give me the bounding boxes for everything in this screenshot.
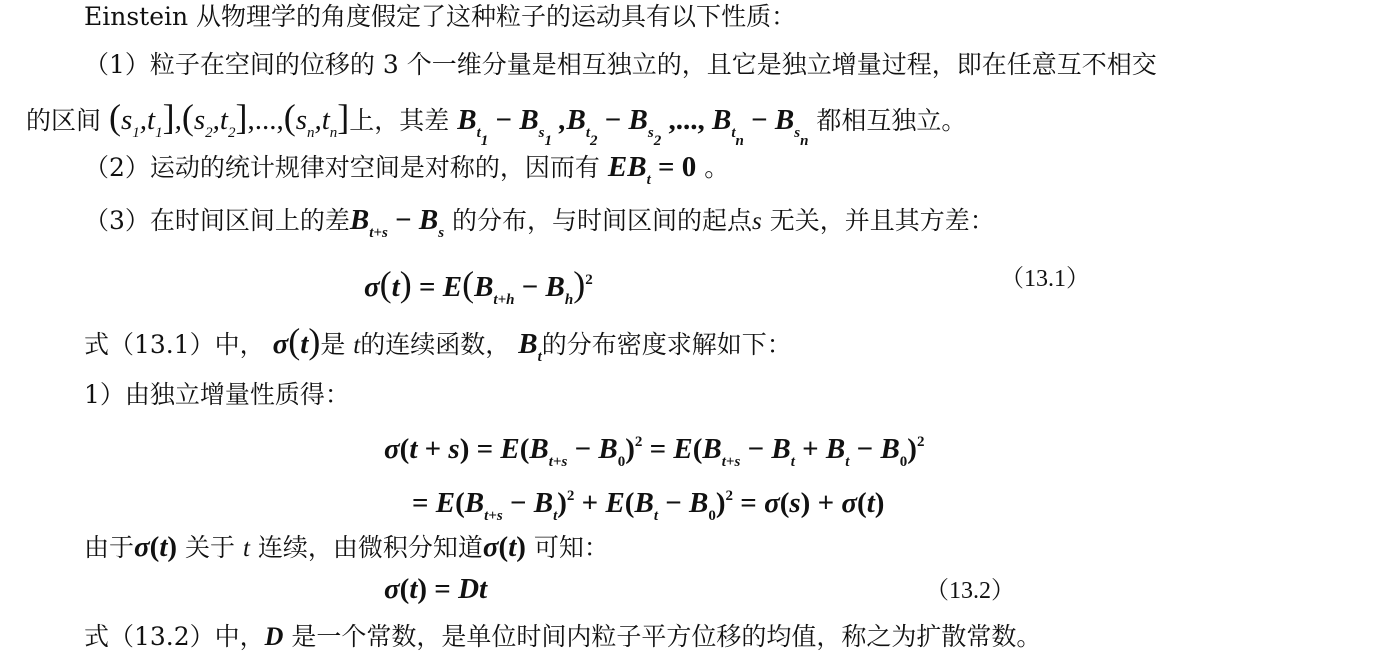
intro-paragraph: Einstein 从物理学的角度假定了这种粒子的运动具有以下性质： <box>84 0 796 34</box>
p5-text-a: 由于 <box>84 533 134 562</box>
property-2-text: 运动的统计规律对空间是对称的，因而有 <box>150 153 600 182</box>
p5-text-d: 可知： <box>534 533 609 562</box>
property-1-line-1: （1）粒子在空间的位移的 3 个一维分量是相互独立的，且它是独立增量过程，即在任… <box>84 48 1157 82</box>
variance-formula: σ(t) = E(Bt+h − Bh)2 <box>364 271 593 303</box>
property-1-label: （1） <box>84 50 150 79</box>
ref-13-2-text: 式（13.2）中， <box>84 622 265 651</box>
property-3: （3）在时间区间上的差Bt+s − Bs 的分布，与时间区间的起点s 无关，并且… <box>84 203 995 250</box>
property-2-label: （2） <box>84 153 150 182</box>
derivation-formula-2: = E(Bt+s − Bt)2 + E(Bt − B0)2 = σ(s) + σ… <box>412 487 884 519</box>
intervals-prefix: 的区间 <box>26 106 101 135</box>
p4-text-d: 的分布密度求解如下： <box>542 330 792 359</box>
equation-13-2: σ(t) = Dt <box>384 572 487 607</box>
equation-number-13-1: （13.1） <box>1000 262 1090 296</box>
property-3-text-a: 在时间区间上的差 <box>150 206 350 235</box>
d-constant: D <box>265 622 284 651</box>
expectation-formula: EBt = 0 <box>608 151 696 183</box>
step-1: 1）由独立增量性质得： <box>84 378 350 412</box>
diffusion-constant-paragraph: 式（13.2）中，D 是一个常数，是单位时间内粒子平方位移的均值，称之为扩散常数… <box>84 620 1041 654</box>
derivation-formula-1: σ(t + s) = E(Bt+s − B0)2 = E(Bt+s − Bt +… <box>384 433 924 465</box>
property-1-text: 粒子在空间的位移的 3 个一维分量是相互独立的，且它是独立增量过程，即在任意互不… <box>150 50 1157 79</box>
increment-formula: Bt+s − Bs <box>350 204 444 236</box>
intervals-mid: 上，其差 <box>349 106 449 135</box>
derivation-line-2: = E(Bt+s − Bt)2 + E(Bt − B0)2 = σ(s) + σ… <box>412 476 884 516</box>
property-2-end: 。 <box>704 153 729 182</box>
bt-symbol: Bt <box>518 328 542 360</box>
t-variable-2: t <box>243 535 250 562</box>
ref-13-1-text: 式（13.1）中， <box>84 330 265 359</box>
p5-text-b: 关于 <box>185 533 235 562</box>
property-2: （2）运动的统计规律对空间是对称的，因而有 EBt = 0 。 <box>84 150 729 197</box>
property-3-label: （3） <box>84 206 150 235</box>
p5-text-c: 连续，由微积分知道 <box>258 533 483 562</box>
start-variable: s <box>752 208 762 235</box>
continuity-paragraph: 由于σ(t) 关于 t 连续，由微积分知道σ(t) 可知： <box>84 530 609 566</box>
sigma-t-1: σ(t) <box>134 531 177 563</box>
differences-formula: Bt1 − Bs1 ,Bt2 − Bs2 ,..., Btn − Bsn <box>457 104 808 136</box>
intro-text: Einstein 从物理学的角度假定了这种粒子的运动具有以下性质： <box>84 2 796 31</box>
paragraph-after-13-1: 式（13.1）中， σ(t)是 t的连续函数， Bt的分布密度求解如下： <box>84 320 792 362</box>
linear-variance-formula: σ(t) = Dt <box>384 573 487 605</box>
equation-13-1: σ(t) = E(Bt+h − Bh)2 <box>364 256 593 304</box>
independence-suffix: 都相互独立。 <box>816 106 966 135</box>
step-1-text: 1）由独立增量性质得： <box>84 380 350 409</box>
sigma-t: σ(t) <box>273 328 321 360</box>
derivation-line-1: σ(t + s) = E(Bt+s − B0)2 = E(Bt+s − Bt +… <box>384 422 924 462</box>
p6-text-b: 是一个常数，是单位时间内粒子平方位移的均值，称之为扩散常数。 <box>291 622 1041 651</box>
intervals-formula: (s1,t1],(s2,t2],...,(sn,tn] <box>109 104 349 136</box>
property-3-text-b: 的分布，与时间区间的起点 <box>452 206 752 235</box>
p4-text-c: 的连续函数， <box>360 330 510 359</box>
p4-text-b: 是 <box>320 330 345 359</box>
equation-number-13-2: （13.2） <box>925 574 1015 608</box>
property-3-text-c: 无关，并且其方差： <box>770 206 995 235</box>
sigma-t-2: σ(t) <box>483 531 526 563</box>
